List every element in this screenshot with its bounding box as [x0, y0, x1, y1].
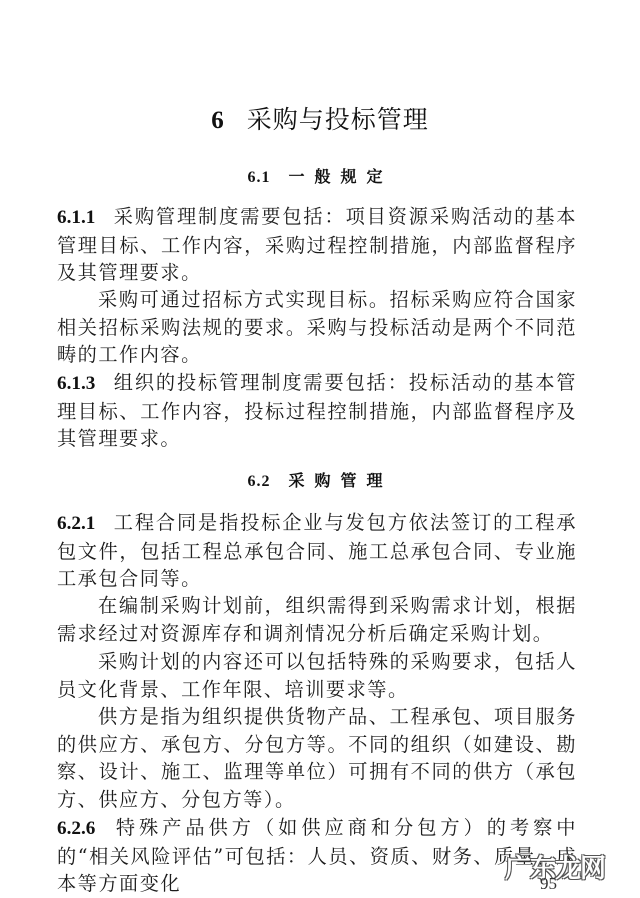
chapter-number: 6 — [211, 107, 225, 134]
chapter-title-text: 采购与投标管理 — [247, 105, 429, 134]
body-paragraph: 采购可通过招标方式实现目标。招标采购应符合国家相关招标采购法规的要求。采购与投标… — [57, 286, 577, 369]
paragraph-text: 供方是指为组织提供货物产品、工程承包、项目服务的供应方、承包方、分包方等。不同的… — [57, 705, 577, 811]
body-paragraph: 采购计划的内容还可以包括特殊的采购要求，包括人员文化背景、工作年限、培训要求等。 — [57, 648, 577, 703]
section-heading-6-2: 6.2采购管理 — [0, 468, 640, 491]
clause-number: 6.1.3 — [57, 373, 95, 394]
section-title-text: 一般规定 — [288, 167, 392, 186]
clause-paragraph-6-1-1: 6.1.1采购管理制度需要包括：项目资源采购活动的基本管理目标、工作内容，采购过… — [57, 203, 577, 287]
paragraph-text: 采购计划的内容还可以包括特殊的采购要求，包括人员文化背景、工作年限、培训要求等。 — [57, 650, 577, 701]
clause-paragraph-6-2-1: 6.2.1工程合同是指投标企业与发包方依法签订的工程承包文件，包括工程总承包合同… — [57, 509, 577, 593]
body-paragraph: 在编制采购计划前，组织需得到采购需求计划，根据需求经过对资源库存和调剂情况分析后… — [57, 592, 577, 647]
clause-text: 组织的投标管理制度需要包括：投标活动的基本管理目标、工作内容，投标过程控制措施，… — [57, 371, 577, 450]
clause-paragraph-6-1-3: 6.1.3组织的投标管理制度需要包括：投标活动的基本管理目标、工作内容，投标过程… — [57, 369, 577, 453]
section-heading-6-1: 6.1一般规定 — [0, 164, 640, 187]
section-number: 6.2 — [247, 473, 270, 490]
paragraph-text: 采购可通过招标方式实现目标。招标采购应符合国家相关招标采购法规的要求。采购与投标… — [57, 288, 577, 366]
clause-number: 6.1.1 — [57, 207, 95, 228]
clause-text: 采购管理制度需要包括：项目资源采购活动的基本管理目标、工作内容，采购过程控制措施… — [57, 205, 577, 284]
paragraph-text: 在编制采购计划前，组织需得到采购需求计划，根据需求经过对资源库存和调剂情况分析后… — [57, 594, 577, 645]
chapter-title: 6采购与投标管理 — [0, 100, 640, 136]
section-title-text: 采购管理 — [288, 471, 392, 490]
clause-paragraph-6-2-6: 6.2.6特殊产品供方（如供应商和分包方）的考察中的“相关风险评估”可包括：人员… — [57, 814, 577, 898]
clause-number: 6.2.6 — [57, 818, 95, 839]
clause-text: 特殊产品供方（如供应商和分包方）的考察中的“相关风险评估”可包括：人员、资质、财… — [57, 816, 577, 895]
section-number: 6.1 — [247, 169, 270, 186]
clause-number: 6.2.1 — [57, 513, 95, 534]
body-paragraph: 供方是指为组织提供货物产品、工程承包、项目服务的供应方、承包方、分包方等。不同的… — [57, 703, 577, 813]
document-page: 6采购与投标管理 6.1一般规定 6.1.1采购管理制度需要包括：项目资源采购活… — [0, 0, 640, 898]
page-number: 95 — [540, 874, 557, 894]
clause-text: 工程合同是指投标企业与发包方依法签订的工程承包文件，包括工程总承包合同、施工总承… — [57, 511, 577, 590]
